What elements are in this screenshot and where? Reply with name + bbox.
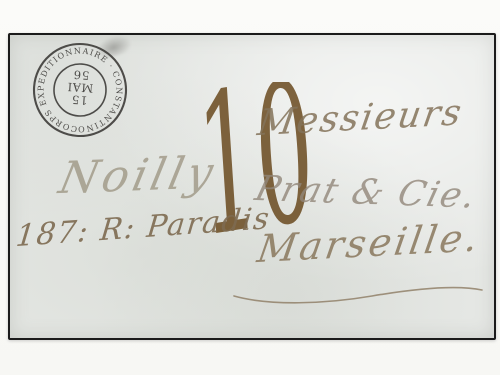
photo-stage: CORPS EXPEDITIONNAIRE · CONSTANTINOPLE ·… [0,0,500,375]
flourish-underline [230,282,488,308]
addressee-name-left: Noilly [55,151,220,201]
postmark-date-year: 56 [72,67,90,82]
address-city: Marseille. [255,218,484,268]
addressee-name-right: Prat & Cie. [252,172,481,214]
